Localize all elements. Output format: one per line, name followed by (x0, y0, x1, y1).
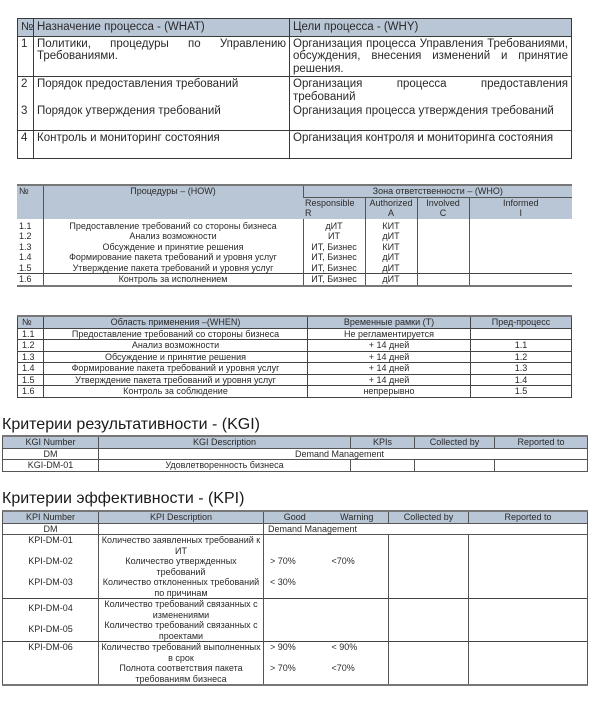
row-authorized: дИТ (365, 263, 417, 274)
row-num: 1.4 (17, 252, 43, 263)
row-what: Порядок предоставления требований (34, 77, 290, 105)
table-row: 1.6 Контроль за исполнением ИТ, Бизнес д… (17, 274, 572, 286)
header-collected-by: Collected by (415, 436, 495, 448)
row-kpi-description: Количество отклоненных требований по при… (99, 577, 264, 599)
row-time: непрерывно (308, 386, 471, 398)
kgi-section-title: Критерии результативности - (KGI) (2, 416, 260, 434)
row-reported-to (469, 642, 588, 686)
row-kpi-number: KPI-DM-02 (3, 556, 99, 577)
header-involved: InvolvedC (417, 197, 469, 219)
row-time: + 14 дней (308, 374, 471, 386)
header-who: Зона ответственности – (WHO) (303, 185, 572, 197)
header-how: Процедуры – (HOW) (43, 185, 303, 219)
table-header-row: KGI Number KGI Description KPIs Collecte… (3, 436, 588, 448)
header-num: № (18, 316, 44, 328)
row-area: Предоставление требований со стороны биз… (44, 328, 308, 340)
group-name: Demand Management (99, 448, 588, 460)
row-time: + 14 дней (308, 340, 471, 352)
row-good: > 70% (264, 663, 326, 685)
row-num: 1.2 (17, 231, 43, 242)
header-authorized: AuthorizedA (365, 197, 417, 219)
row-informed (469, 219, 572, 232)
row-area: Обсуждение и принятие решения (44, 351, 308, 363)
row-good: < 30% (264, 577, 326, 599)
header-what: Назначение процесса - (WHAT) (34, 19, 290, 37)
row-num: 1.2 (18, 340, 44, 352)
row-informed (469, 263, 572, 274)
row-authorized: КИТ (365, 242, 417, 253)
row-kgi-description: Удовлетворенность бизнеса (99, 460, 351, 472)
header-area: Область применения –(WHEN) (44, 316, 308, 328)
row-num: 1 (18, 36, 34, 77)
table-row: 3 Порядок утверждения требований Организ… (18, 104, 572, 130)
header-kgi-number: KGI Number (3, 436, 99, 448)
row-num: 1.1 (18, 328, 44, 340)
table-header-row: № Область применения –(WHEN) Временные р… (18, 316, 572, 328)
row-kpi-number: KPI-DM-04 (3, 599, 99, 621)
row-num: 1.5 (17, 263, 43, 274)
header-kpi-number: KPI Number (3, 511, 99, 523)
row-num: 1.6 (18, 386, 44, 398)
table-row: 1.6 Контроль за соблюдение непрерывно 1.… (18, 386, 572, 398)
row-reported-to (495, 460, 588, 472)
row-what: Контроль и мониторинг состояния (34, 130, 290, 158)
table-row: KGI-DM-01 Удовлетворенность бизнеса (3, 460, 588, 472)
row-responsible: ИТ, Бизнес (303, 252, 365, 263)
table-row: 2 Порядок предоставления требований Орга… (18, 77, 572, 105)
row-pre: 1.1 (471, 340, 572, 352)
row-procedure: Контроль за исполнением (43, 274, 303, 286)
table-row: 1.3 Обсуждение и принятие решения + 14 д… (18, 351, 572, 363)
row-involved (417, 242, 469, 253)
header-informed: InformedI (469, 197, 572, 219)
row-involved (417, 274, 469, 286)
header-time: Временные рамки (T) (308, 316, 471, 328)
row-collected-by (389, 535, 469, 599)
row-pre: 1.4 (471, 374, 572, 386)
header-why: Цели процесса - (WHY) (290, 19, 572, 37)
header-pre: Пред-процесс (471, 316, 572, 328)
table-row: 1.5 Утверждение пакета требований и уров… (17, 263, 572, 274)
row-what: Порядок утверждения требований (34, 104, 290, 130)
kgi-table: KGI Number KGI Description KPIs Collecte… (2, 435, 588, 472)
row-time: + 14 дней (308, 363, 471, 375)
row-kpi-number (3, 663, 99, 685)
row-pre: 1.5 (471, 386, 572, 398)
table-row: 1.2 Анализ возможности + 14 дней 1.1 (18, 340, 572, 352)
table-row: 1.5 Утверждение пакета требований и уров… (18, 374, 572, 386)
header-reported-to: Reported to (469, 511, 588, 523)
group-code: DM (3, 523, 99, 535)
row-authorized: дИТ (365, 274, 417, 286)
row-num: 1.5 (18, 374, 44, 386)
row-good (264, 535, 326, 557)
row-responsible: дИТ (303, 219, 365, 232)
row-kpi-number: KPI-DM-05 (3, 620, 99, 642)
row-collected-by (415, 460, 495, 472)
row-what: Политики, процедуры по Управлению Требов… (34, 36, 290, 77)
row-authorized: КИТ (365, 219, 417, 232)
row-kpi-number: KPI-DM-03 (3, 577, 99, 599)
row-warning (326, 620, 389, 642)
row-kpi-number: KPI-DM-01 (3, 535, 99, 557)
row-good (264, 620, 326, 642)
row-kpi-description: Полнота соответствия пакета требованиям … (99, 663, 264, 685)
row-num: 1.4 (18, 363, 44, 375)
row-pre (471, 328, 572, 340)
row-informed (469, 252, 572, 263)
row-responsible: ИТ, Бизнес (303, 263, 365, 274)
row-num: 4 (18, 130, 34, 158)
row-area: Формирование пакета требований и уровня … (44, 363, 308, 375)
header-kgi-description: KGI Description (99, 436, 351, 448)
table-header-row: KPI Number KPI Description Good Warning … (3, 511, 588, 523)
table-row: KPI-DM-01 Количество заявленных требован… (3, 535, 588, 557)
group-row: DM Demand Management (3, 448, 588, 460)
header-kpis: KPIs (351, 436, 415, 448)
group-row: DM Demand Management (3, 523, 588, 535)
row-good: > 90% (264, 642, 326, 664)
row-kpi-description: Количество заявленных требований к ИТ (99, 535, 264, 557)
row-procedure: Обсуждение и принятие решения (43, 242, 303, 253)
table-row: 1.2 Анализ возможности ИТ дИТ (17, 231, 572, 242)
row-kpi-description: Количество утвержденных требований (99, 556, 264, 577)
row-area: Утверждение пакета требований и уровня у… (44, 374, 308, 386)
row-warning (326, 577, 389, 599)
table-row: 1.1 Предоставление требований со стороны… (18, 328, 572, 340)
row-num: 1.1 (17, 219, 43, 232)
row-procedure: Предоставление требований со стороны биз… (43, 219, 303, 232)
row-why: Организация контроля и мониторинга состо… (290, 130, 572, 158)
header-num: № (18, 19, 34, 37)
kpi-table: KPI Number KPI Description Good Warning … (2, 510, 588, 686)
row-procedure: Формирование пакета требований и уровня … (43, 252, 303, 263)
row-good: > 70% (264, 556, 326, 577)
table-row: 4 Контроль и мониторинг состояния Органи… (18, 130, 572, 158)
table-header-row: № Процедуры – (HOW) Зона ответственности… (17, 185, 572, 197)
row-involved (417, 219, 469, 232)
group-code: DM (3, 448, 99, 460)
row-time: + 14 дней (308, 351, 471, 363)
header-collected-by: Collected by (389, 511, 469, 523)
table-row: KPI-DM-06 Количество требований выполнен… (3, 642, 588, 664)
row-involved (417, 231, 469, 242)
row-collected-by (389, 599, 469, 642)
table-row: KPI-DM-04 Количество требований связанны… (3, 599, 588, 621)
row-informed (469, 242, 572, 253)
row-authorized: дИТ (365, 231, 417, 242)
row-area: Анализ возможности (44, 340, 308, 352)
row-warning: <70% (326, 556, 389, 577)
row-pre: 1.3 (471, 363, 572, 375)
row-warning: <70% (326, 663, 389, 685)
header-num: № (17, 185, 43, 219)
row-why: Организация процесса предоставления треб… (290, 77, 572, 105)
row-informed (469, 231, 572, 242)
table-header-row: № Назначение процесса - (WHAT) Цели проц… (18, 19, 572, 37)
table-row: 1 Политики, процедуры по Управлению Треб… (18, 36, 572, 77)
row-involved (417, 263, 469, 274)
row-area: Контроль за соблюдение (44, 386, 308, 398)
row-informed (469, 274, 572, 286)
row-kpi-description: Количество требований выполненных в срок (99, 642, 264, 664)
table-row: 1.3 Обсуждение и принятие решения ИТ, Би… (17, 242, 572, 253)
row-procedure: Анализ возможности (43, 231, 303, 242)
row-num: 2 (18, 77, 34, 105)
row-warning (326, 599, 389, 621)
row-kpi-description: Количество требований связанных с измене… (99, 599, 264, 621)
row-num: 1.6 (17, 274, 43, 286)
row-kpis (351, 460, 415, 472)
row-kpi-description: Количество требований связанных с проект… (99, 620, 264, 642)
what-why-table: № Назначение процесса - (WHAT) Цели проц… (17, 18, 572, 159)
row-num: 1.3 (17, 242, 43, 253)
group-name: Demand Management (264, 523, 469, 535)
row-responsible: ИТ, Бизнес (303, 242, 365, 253)
table-row: 1.1 Предоставление требований со стороны… (17, 219, 572, 232)
row-num: 1.3 (18, 351, 44, 363)
row-reported-to (469, 599, 588, 642)
row-involved (417, 252, 469, 263)
header-reported-to: Reported to (495, 436, 588, 448)
row-warning: < 90% (326, 642, 389, 664)
row-why: Организация процесса Управления Требован… (290, 36, 572, 77)
row-good (264, 599, 326, 621)
row-time: Не регламентируется (308, 328, 471, 340)
row-authorized: дИТ (365, 252, 417, 263)
row-why: Организация процесса утверждения требова… (290, 104, 572, 130)
when-table: № Область применения –(WHEN) Временные р… (17, 315, 572, 398)
row-num: 3 (18, 104, 34, 130)
header-responsible: ResponsibleR (303, 197, 365, 219)
table-row: 1.4 Формирование пакета требований и уро… (17, 252, 572, 263)
row-warning (326, 535, 389, 557)
kpi-section-title: Критерии эффективности - (KPI) (2, 490, 244, 508)
row-pre: 1.2 (471, 351, 572, 363)
row-responsible: ИТ, Бизнес (303, 274, 365, 286)
row-reported-to (469, 535, 588, 599)
how-who-table: № Процедуры – (HOW) Зона ответственности… (17, 184, 572, 287)
header-good: Good (264, 511, 326, 523)
table-row: 1.4 Формирование пакета требований и уро… (18, 363, 572, 375)
row-kgi-number: KGI-DM-01 (3, 460, 99, 472)
row-collected-by (389, 642, 469, 686)
row-kpi-number: KPI-DM-06 (3, 642, 99, 664)
row-procedure: Утверждение пакета требований и уровня у… (43, 263, 303, 274)
row-responsible: ИТ (303, 231, 365, 242)
header-warning: Warning (326, 511, 389, 523)
header-kpi-description: KPI Description (99, 511, 264, 523)
